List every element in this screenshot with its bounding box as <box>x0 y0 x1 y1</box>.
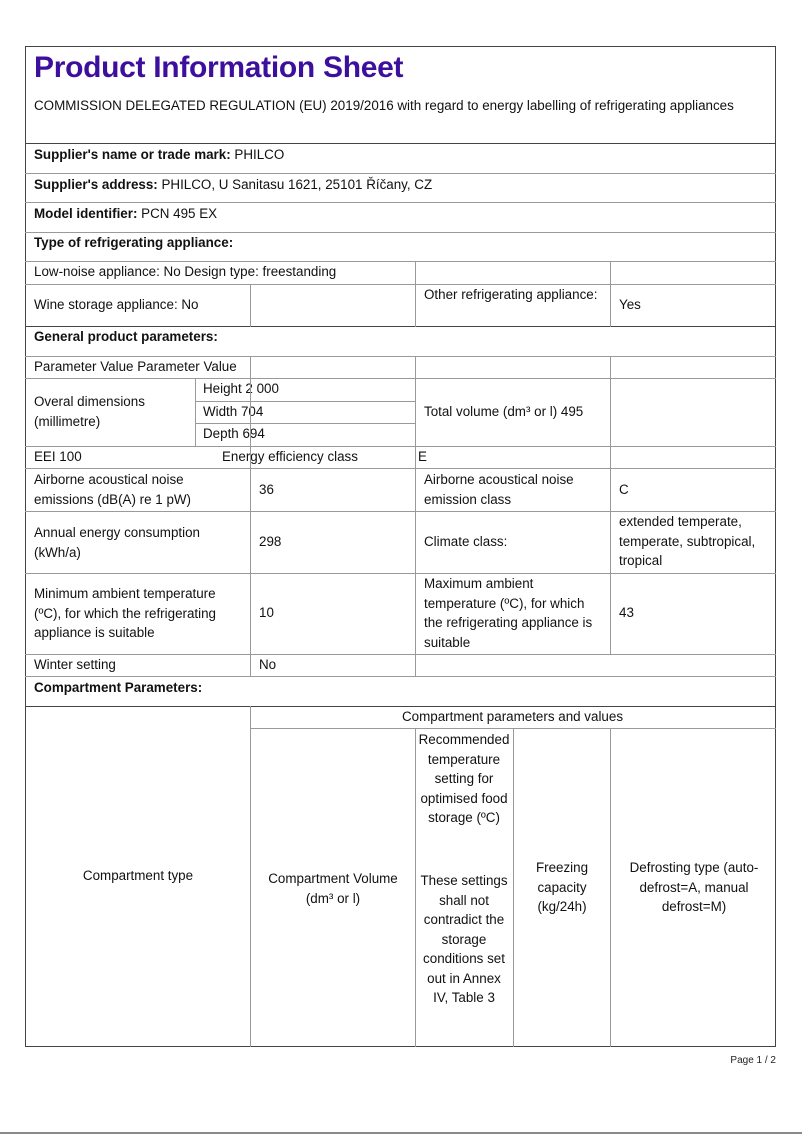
frame-right <box>775 46 776 1047</box>
climate-class-label: Climate class: <box>424 532 507 552</box>
col-divider <box>610 728 611 1047</box>
row-divider <box>25 446 776 447</box>
wine-storage: Wine storage appliance: No <box>34 295 199 315</box>
row-divider <box>25 143 776 144</box>
row-divider <box>25 173 776 174</box>
page-title: Product Information Sheet <box>34 48 403 88</box>
supplier-name-value: PHILCO <box>234 147 284 162</box>
row-divider <box>25 202 776 203</box>
annual-energy-value: 298 <box>259 532 281 552</box>
winter-setting-value: No <box>259 655 276 675</box>
noise-class-value: C <box>619 480 629 500</box>
min-temp-value: 10 <box>259 603 274 623</box>
supplier-address: Supplier's address: PHILCO, U Sanitasu 1… <box>34 175 432 195</box>
col-divider <box>195 378 196 447</box>
col-divider <box>250 378 251 447</box>
col-divider <box>415 446 416 677</box>
appliance-type-heading: Type of refrigerating appliance: <box>34 233 233 253</box>
supplier-address-value: PHILCO, U Sanitasu 1621, 25101 Říčany, C… <box>161 177 432 192</box>
product-information-sheet: Product Information Sheet COMMISSION DEL… <box>0 0 802 1134</box>
parameter-header-row: Parameter Value Parameter Value <box>34 357 237 377</box>
supplier-address-label: Supplier's address: <box>34 177 158 192</box>
col-compartment-type: Compartment type <box>26 866 250 886</box>
model-identifier: Model identifier: PCN 495 EX <box>34 204 217 224</box>
compartment-group-header: Compartment parameters and values <box>250 707 775 727</box>
col-compartment-volume: Compartment Volume (dm³ or l) <box>262 869 404 908</box>
col-divider <box>415 728 416 1047</box>
row-divider <box>25 468 776 469</box>
col-defrosting-type: Defrosting type (auto-defrost=A, manual … <box>618 858 770 917</box>
row-divider <box>25 573 776 574</box>
dimension-width: Width 704 <box>203 402 263 422</box>
frame-top <box>25 46 776 47</box>
row-divider <box>25 284 776 285</box>
low-noise-design-type: Low-noise appliance: No Design type: fre… <box>34 262 336 282</box>
other-appliance-label: Other refrigerating appliance: <box>424 285 602 305</box>
col-divider <box>513 728 514 1047</box>
supplier-name-label: Supplier's name or trade mark: <box>34 147 231 162</box>
general-parameters-heading: General product parameters: <box>34 327 218 347</box>
row-divider <box>25 654 776 655</box>
col-divider <box>415 261 416 327</box>
dimension-depth: Depth 694 <box>203 424 265 444</box>
total-volume: Total volume (dm³ or l) 495 <box>424 402 583 422</box>
frame-left <box>25 46 26 1047</box>
noise-class-label: Airborne acoustical noise emission class <box>424 470 604 509</box>
noise-value: 36 <box>259 480 274 500</box>
col-divider <box>610 356 611 447</box>
min-temp-label: Minimum ambient temperature (ºC), for wh… <box>34 584 244 643</box>
row-divider <box>25 378 776 379</box>
col-temp-note: These settings shall not contradict the … <box>420 871 508 1008</box>
supplier-name: Supplier's name or trade mark: PHILCO <box>34 145 284 165</box>
climate-class-value: extended temperate, temperate, subtropic… <box>619 512 771 571</box>
max-temp-label: Maximum ambient temperature (ºC), for wh… <box>424 574 604 652</box>
eei: EEI 100 <box>34 447 82 467</box>
row-divider <box>25 676 776 677</box>
col-divider <box>250 356 251 379</box>
regulation-subtitle: COMMISSION DELEGATED REGULATION (EU) 201… <box>34 96 754 116</box>
other-appliance-value: Yes <box>619 295 641 315</box>
energy-class-label: Energy efficiency class <box>222 447 358 467</box>
model-identifier-value: PCN 495 EX <box>141 206 217 221</box>
max-temp-value: 43 <box>619 603 634 623</box>
col-divider <box>250 706 251 1047</box>
col-freezing-capacity: Freezing capacity (kg/24h) <box>520 858 604 917</box>
dimension-height: Height 2 000 <box>203 379 279 399</box>
col-divider <box>250 284 251 327</box>
compartment-heading: Compartment Parameters: <box>34 678 202 698</box>
page-indicator: Page 1 / 2 <box>730 1055 776 1066</box>
col-recommended-temp: Recommended temperature setting for opti… <box>418 730 510 828</box>
col-divider <box>250 446 251 677</box>
winter-setting-label: Winter setting <box>34 655 116 675</box>
col-divider <box>610 446 611 655</box>
model-identifier-label: Model identifier: <box>34 206 137 221</box>
annual-energy-label: Annual energy consumption (kWh/a) <box>34 523 244 562</box>
dimensions-label: Overal dimensions (millimetre) <box>34 392 184 431</box>
col-divider <box>415 356 416 447</box>
energy-class-value: E <box>418 447 427 467</box>
col-divider <box>610 261 611 327</box>
frame-bottom <box>25 1046 776 1047</box>
noise-label: Airborne acoustical noise emissions (dB(… <box>34 470 244 509</box>
